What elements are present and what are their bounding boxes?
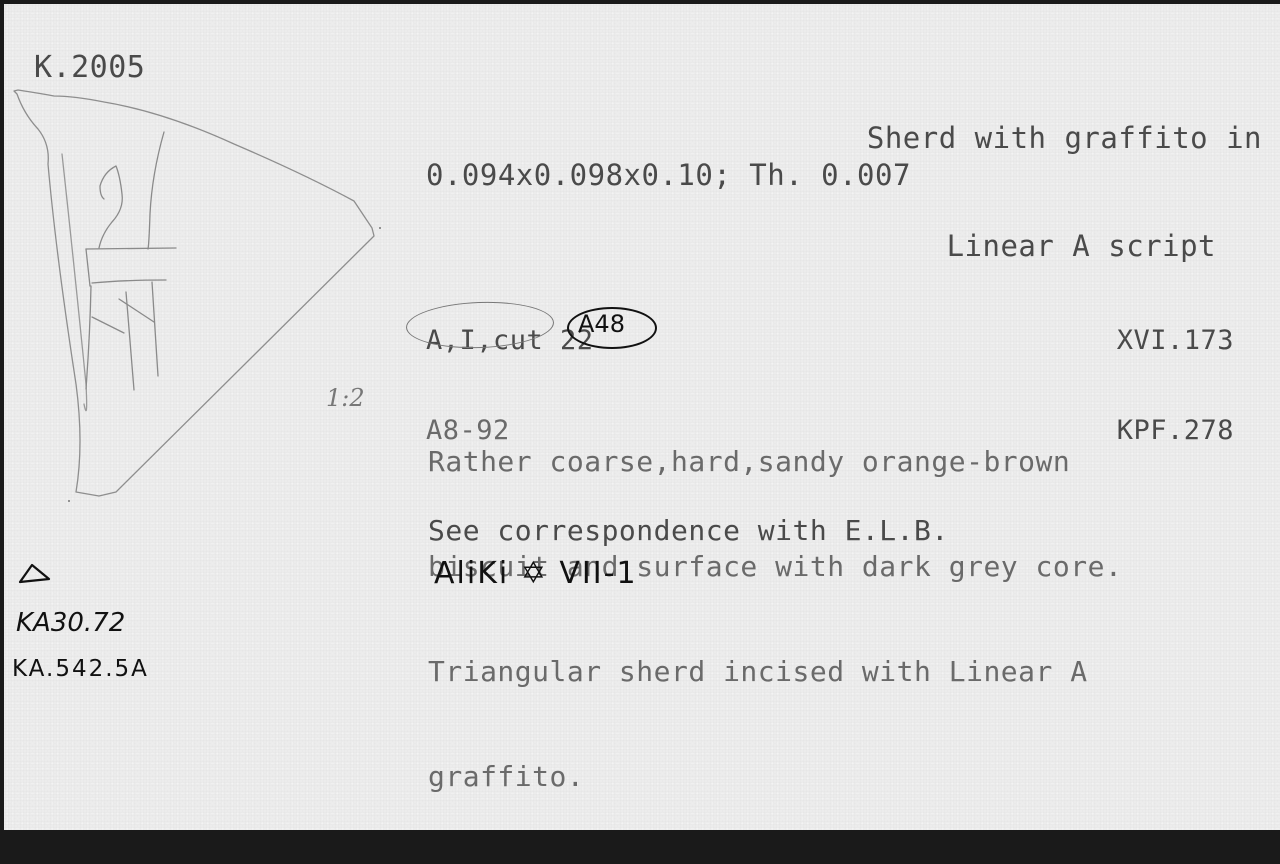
description: Rather coarse,hard,sandy orange-brown bi… [428, 374, 1122, 830]
ka-note-1: KA30.72 [16, 608, 125, 638]
circled-reference: A48 [578, 310, 625, 338]
triangle-icon [16, 560, 56, 586]
catalog-number: K.2005 [34, 50, 145, 85]
dimensions: 0.094x0.098x0.10; Th. 0.007 [426, 158, 911, 192]
ka-note-2: KA.542.5A [12, 656, 149, 682]
reference-1: XVI.173 [1084, 326, 1234, 356]
scale-note: 1:2 [326, 384, 365, 412]
description-line: Triangular sherd incised with Linear A [428, 654, 1122, 689]
description-line: graffito. [428, 759, 1122, 794]
aliki-reference: AliKi ✡ VII-1 [434, 556, 638, 591]
title-line-2: Linear A script [788, 228, 1262, 264]
correspondence-note: See correspondence with E.L.B. [428, 514, 949, 547]
description-line: Rather coarse,hard,sandy orange-brown [428, 444, 1122, 479]
provenance-context: A,I,cut 22 [426, 326, 594, 356]
title-line-1: Sherd with graffito in [788, 120, 1262, 156]
catalog-card: K.2005 Sherd with graffito in Linear A s… [4, 4, 1280, 830]
